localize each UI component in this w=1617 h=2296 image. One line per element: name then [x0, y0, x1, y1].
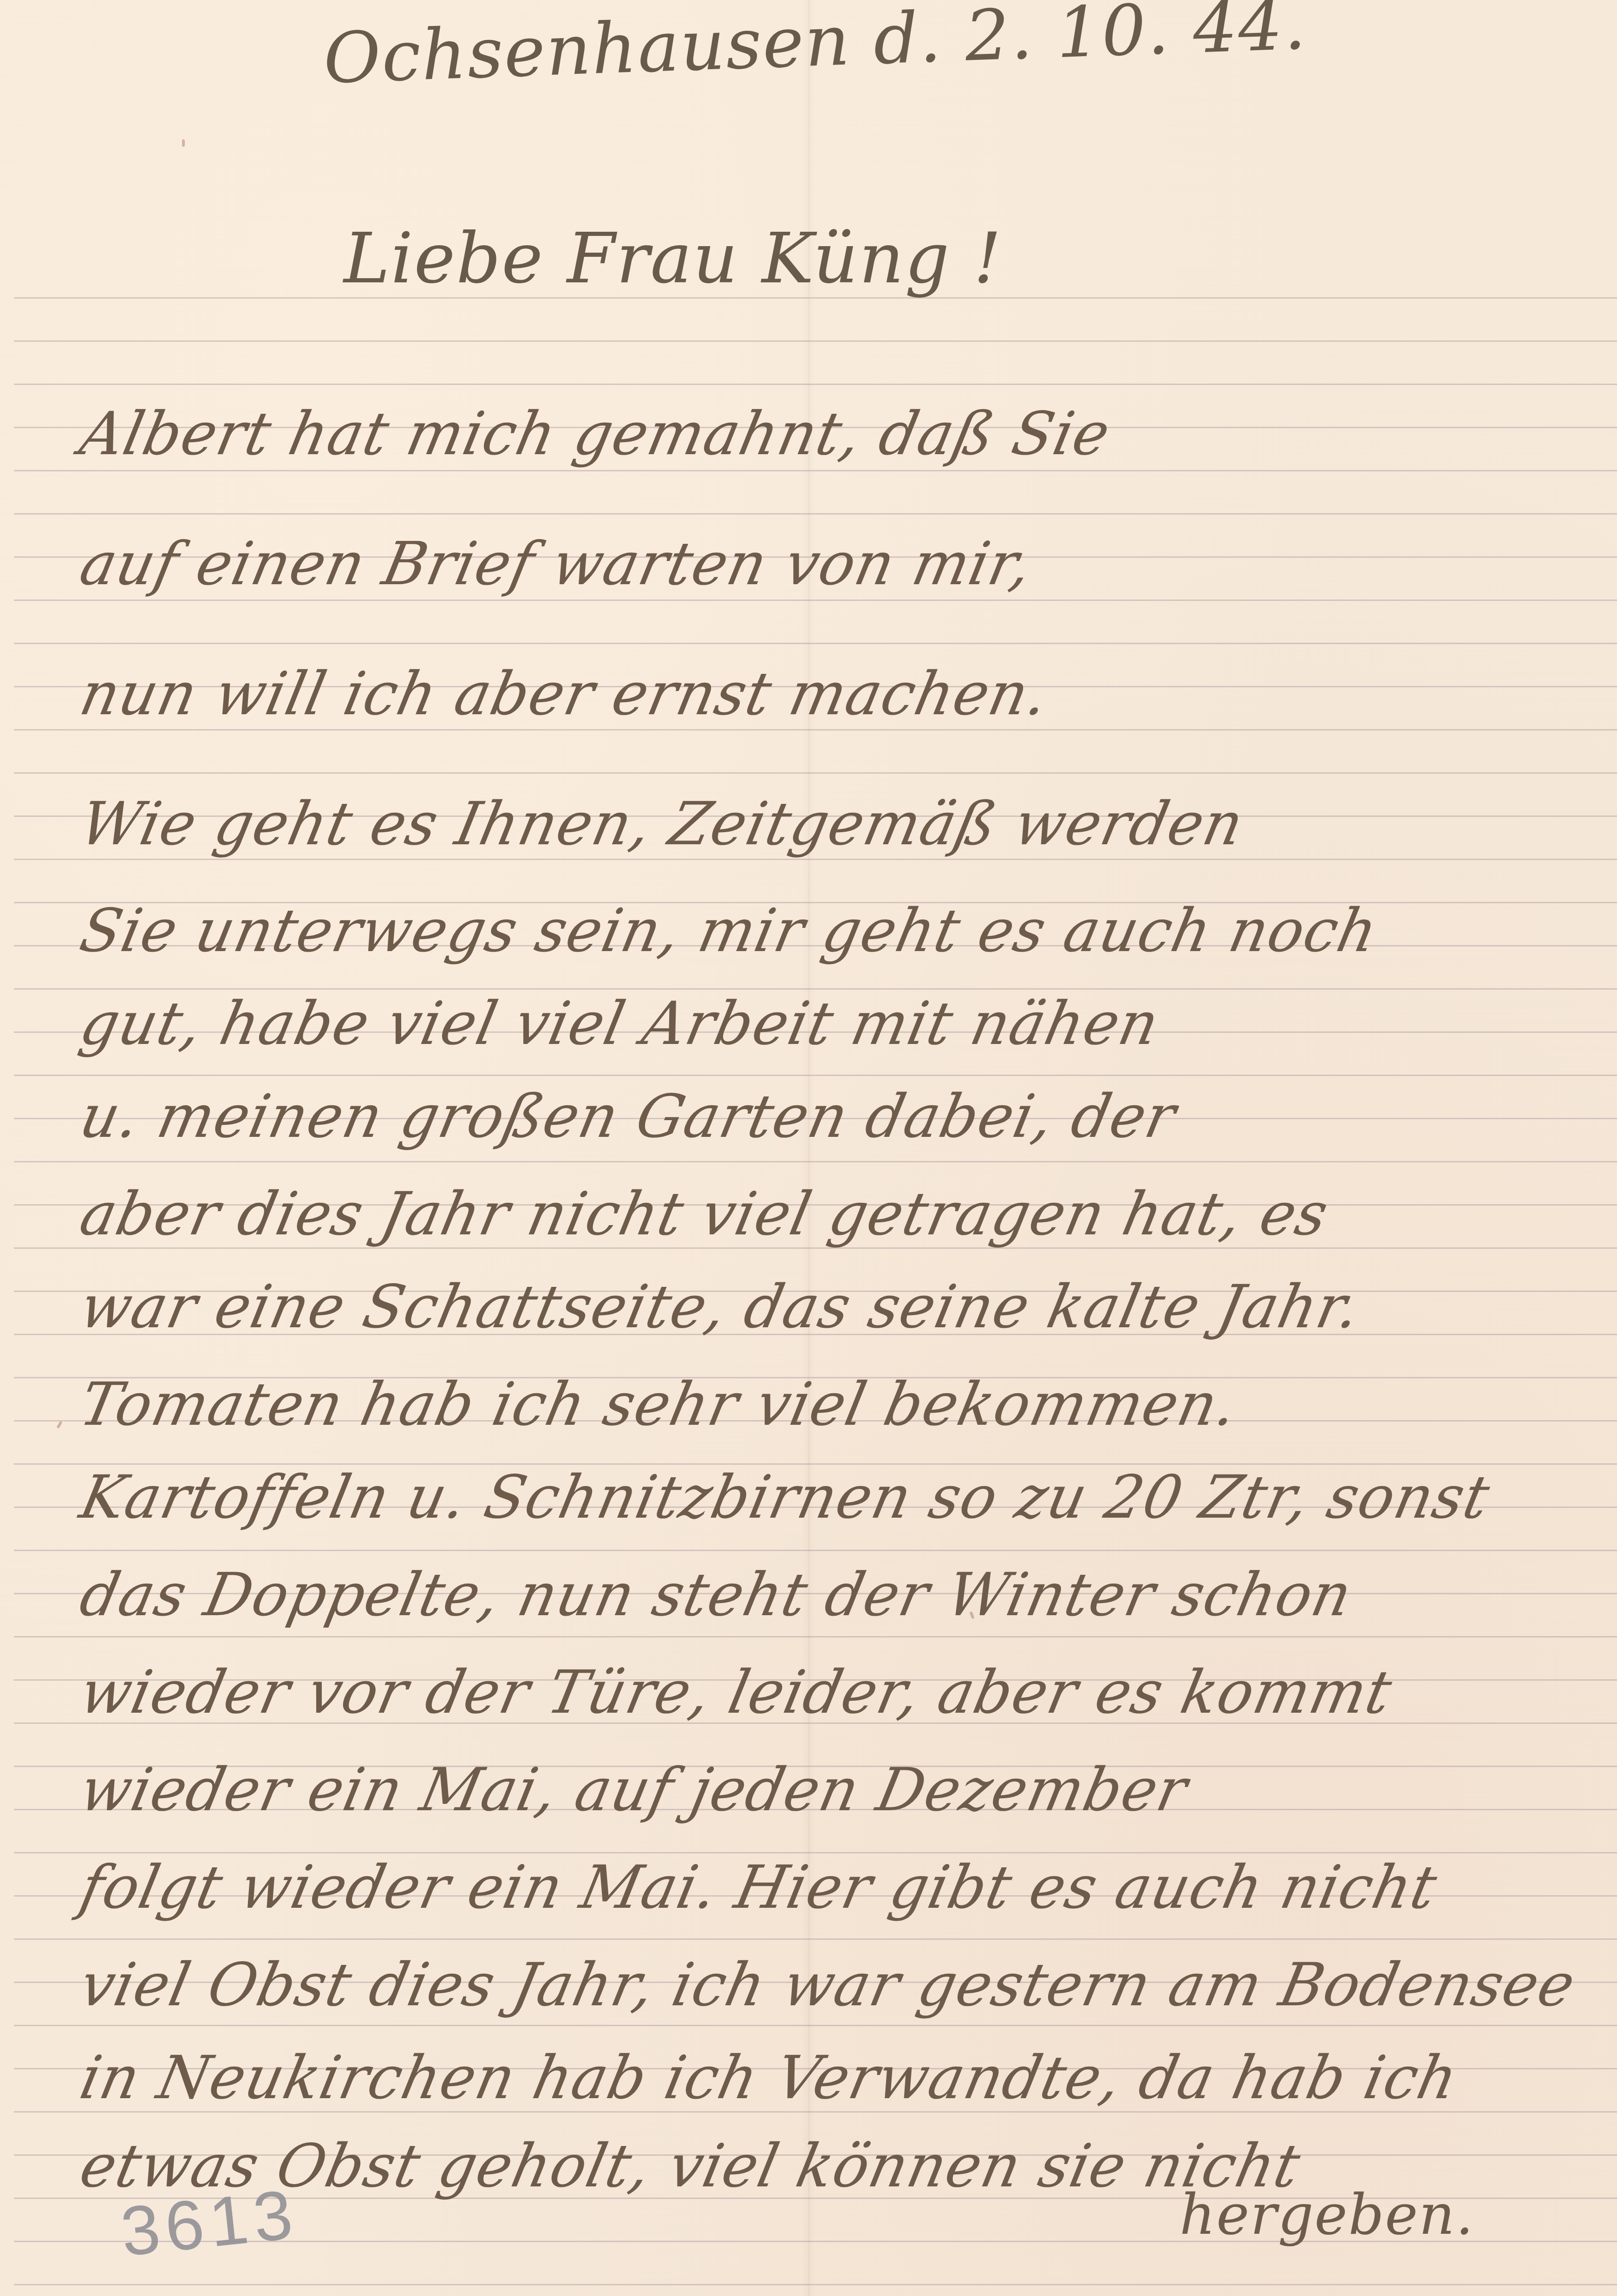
salutation: Liebe Frau Küng !: [344, 218, 1002, 299]
ruled-line: [14, 1075, 1617, 1076]
ruled-line: [14, 859, 1617, 860]
body-line: das Doppelte, nun steht der Winter schon: [74, 1560, 1358, 1630]
body-line: Tomaten hab ich sehr viel bekommen.: [74, 1370, 1244, 1439]
letter-page: Ochsenhausen d. 2. 10. 44. Liebe Frau Kü…: [0, 0, 1617, 2296]
body-line: Albert hat mich gemahnt, daß Sie: [74, 399, 1116, 469]
ruled-line: [14, 729, 1617, 731]
body-line: Wie geht es Ihnen, Zeitgemäß werden: [74, 789, 1250, 859]
place-date-heading: Ochsenhausen d. 2. 10. 44.: [322, 0, 1308, 99]
ruled-line: [14, 643, 1617, 644]
ruled-line: [14, 1161, 1617, 1162]
ruled-line: [14, 772, 1617, 774]
body-line: gut, habe viel viel Arbeit mit nähen: [74, 989, 1165, 1058]
body-line: Kartoffeln u. Schnitzbirnen so zu 20 Ztr…: [74, 1463, 1496, 1532]
ruled-line: [14, 340, 1617, 342]
ruled-line: [14, 513, 1617, 515]
body-line: u. meinen großen Garten dabei, der: [74, 1082, 1182, 1151]
body-line: war eine Schattseite, das seine kalte Ja…: [74, 1272, 1367, 1342]
ruled-line: [14, 1636, 1617, 1637]
body-line: wieder vor der Türe, leider, aber es kom…: [74, 1658, 1398, 1727]
ruled-line: [14, 470, 1617, 471]
body-line: folgt wieder ein Mai. Hier gibt es auch …: [74, 1853, 1443, 1922]
ruled-line: [14, 600, 1617, 601]
body-line: auf einen Brief warten von mir,: [74, 529, 1038, 599]
body-line: wieder ein Mai, auf jeden Dezember: [74, 1755, 1194, 1825]
ruled-line: [14, 1550, 1617, 1551]
ruled-line: [14, 384, 1617, 385]
body-line: nun will ich aber ernst machen.: [74, 659, 1055, 729]
ruled-line: [14, 2284, 1617, 2285]
closing-word: hergeben.: [1180, 2183, 1474, 2247]
ruled-line: [14, 2025, 1617, 2026]
body-line: in Neukirchen hab ich Verwandte, da hab …: [74, 2043, 1464, 2113]
body-line: Sie unterwegs sein, mir geht es auch noc…: [74, 896, 1384, 965]
body-line: viel Obst dies Jahr, ich war gestern am …: [74, 1950, 1581, 2020]
paper-speck: [182, 139, 185, 147]
body-line: aber dies Jahr nicht viel getragen hat, …: [74, 1180, 1335, 1249]
ruled-line: [14, 1938, 1617, 1940]
paper-speck: [56, 1421, 62, 1429]
